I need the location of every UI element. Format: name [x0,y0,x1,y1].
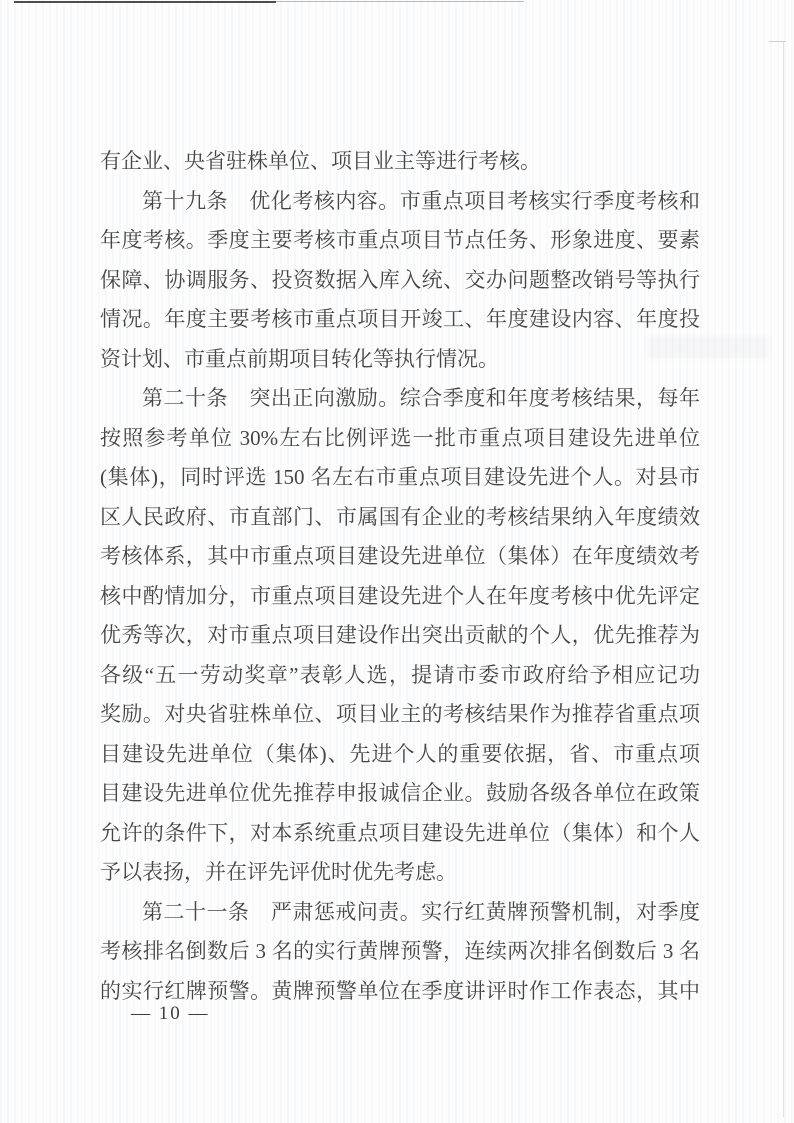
text-line: 按照参考单位 30%左右比例评选一批市重点项目建设先进单位 [100,419,700,459]
text-line: 资计划、市重点前期项目转化等执行情况。 [100,340,700,380]
article-21-line: 第二十一条 严肃惩戒问责。实行红黄牌预警机制，对季度 [100,893,700,933]
text-line: 优秀等次，对市重点项目建设作出突出贡献的个人，优先推荐为 [100,616,700,656]
text-line: 考核体系，其中市重点项目建设先进单位（集体）在年度绩效考 [100,537,700,577]
document-page: 有企业、央省驻株单位、项目业主等进行考核。 第十九条 优化考核内容。市重点项目考… [0,0,794,1123]
text-line: 目建设先进单位（集体)、先进个人的重要依据，省、市重点项 [100,735,700,775]
text-line: 各级“五一劳动奖章”表彰人选，提请市委市政府给予相应记功 [100,656,700,696]
article-20-line: 第二十条 突出正向激励。综合季度和年度考核结果，每年 [100,379,700,419]
text-line: 目建设先进单位优先推荐申报诚信企业。鼓励各级各单位在政策 [100,774,700,814]
page-number: — 10 — [131,1001,210,1027]
article-19-line: 第十九条 优化考核内容。市重点项目考核实行季度考核和 [100,182,700,222]
text-line: (集体)，同时评选 150 名左右市重点项目建设先进个人。对县市 [100,458,700,498]
text-line: 情况。年度主要考核市重点项目开竣工、年度建设内容、年度投 [100,300,700,340]
scan-artifact-right-edge [783,42,784,1117]
text-line: 区人民政府、市直部门、市属国有企业的考核结果纳入年度绩效 [100,498,700,538]
text-line: 年度考核。季度主要考核市重点项目节点任务、形象进度、要素 [100,221,700,261]
text-line: 有企业、央省驻株单位、项目业主等进行考核。 [100,142,700,182]
text-line: 予以表扬，并在评先评优时优先考虑。 [100,853,700,893]
document-body: 有企业、央省驻株单位、项目业主等进行考核。 第十九条 优化考核内容。市重点项目考… [100,142,700,1011]
text-line: 允许的条件下，对本系统重点项目建设先进单位（集体）和个人 [100,814,700,854]
scan-artifact-top-line [14,1,276,3]
scan-artifact-top-line-faint [276,1,524,2]
text-line: 保障、协调服务、投资数据入库入统、交办问题整改销号等执行 [100,261,700,301]
text-line: 奖励。对央省驻株单位、项目业主的考核结果作为推荐省重点项 [100,695,700,735]
scan-artifact-corner-dash [769,41,786,42]
text-line: 考核排名倒数后 3 名的实行黄牌预警，连续两次排名倒数后 3 名 [100,932,700,972]
text-line: 核中酌情加分，市重点项目建设先进个人在年度考核中优先评定 [100,577,700,617]
